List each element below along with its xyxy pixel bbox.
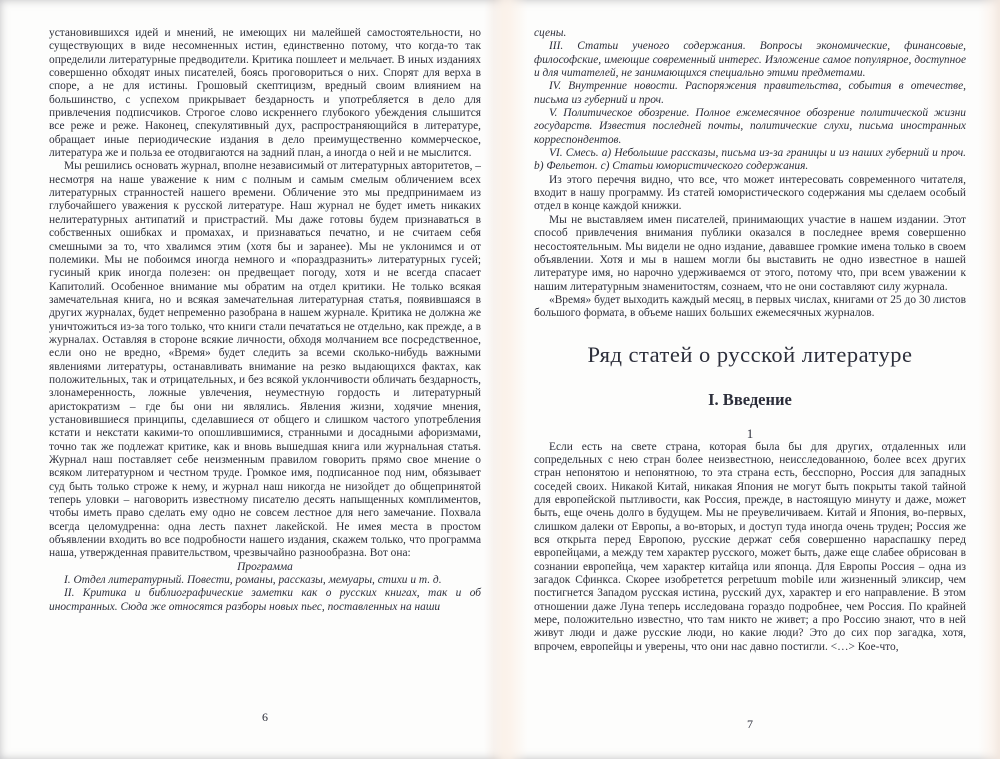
paragraph-schedule: «Время» будет выходить каждый месяц, в п…: [534, 294, 966, 321]
paragraph-program-note: Из этого перечня видно, что все, что мож…: [534, 174, 966, 214]
program-heading: Программа: [49, 561, 481, 574]
chapter-title: I. Введение: [534, 390, 966, 410]
page-right-edge-shadow: [978, 0, 1000, 759]
program-item-2: II. Критика и библиографические заметки …: [49, 587, 481, 614]
section-title: Ряд статей о русской литературе: [534, 342, 966, 368]
paragraph-intro: Если есть на свете страна, которая была …: [534, 441, 966, 655]
program-item-1: I. Отдел литературный. Повести, романы, …: [49, 574, 481, 587]
section-number: 1: [534, 427, 966, 441]
book-spread-scan: установившихся идей и мнений, не имеющих…: [0, 0, 1000, 759]
program-item-3: III. Статьи ученого содержания. Вопросы …: [534, 40, 966, 80]
right-page-text-block: сцены. III. Статьи ученого содержания. В…: [534, 27, 966, 654]
program-item-6: VI. Смесь. a) Небольшие рассказы, письма…: [534, 147, 966, 174]
program-item-2-continuation: сцены.: [534, 27, 966, 40]
left-page-text-block: установившихся идей и мнений, не имеющих…: [49, 27, 481, 614]
program-item-4: IV. Внутренние новости. Распоряжения пра…: [534, 80, 966, 107]
program-item-5: V. Политическое обозрение. Полное ежемес…: [534, 107, 966, 147]
page-number-left: 6: [49, 710, 481, 725]
paragraph-journal-manifesto: Мы решились основать журнал, вполне неза…: [49, 160, 481, 560]
page-gutter-shadow: [484, 0, 528, 759]
paragraph-continuation: установившихся идей и мнений, не имеющих…: [49, 27, 481, 160]
page-number-right: 7: [534, 717, 966, 732]
paragraph-no-names: Мы не выставляем имен писателей, принима…: [534, 214, 966, 294]
